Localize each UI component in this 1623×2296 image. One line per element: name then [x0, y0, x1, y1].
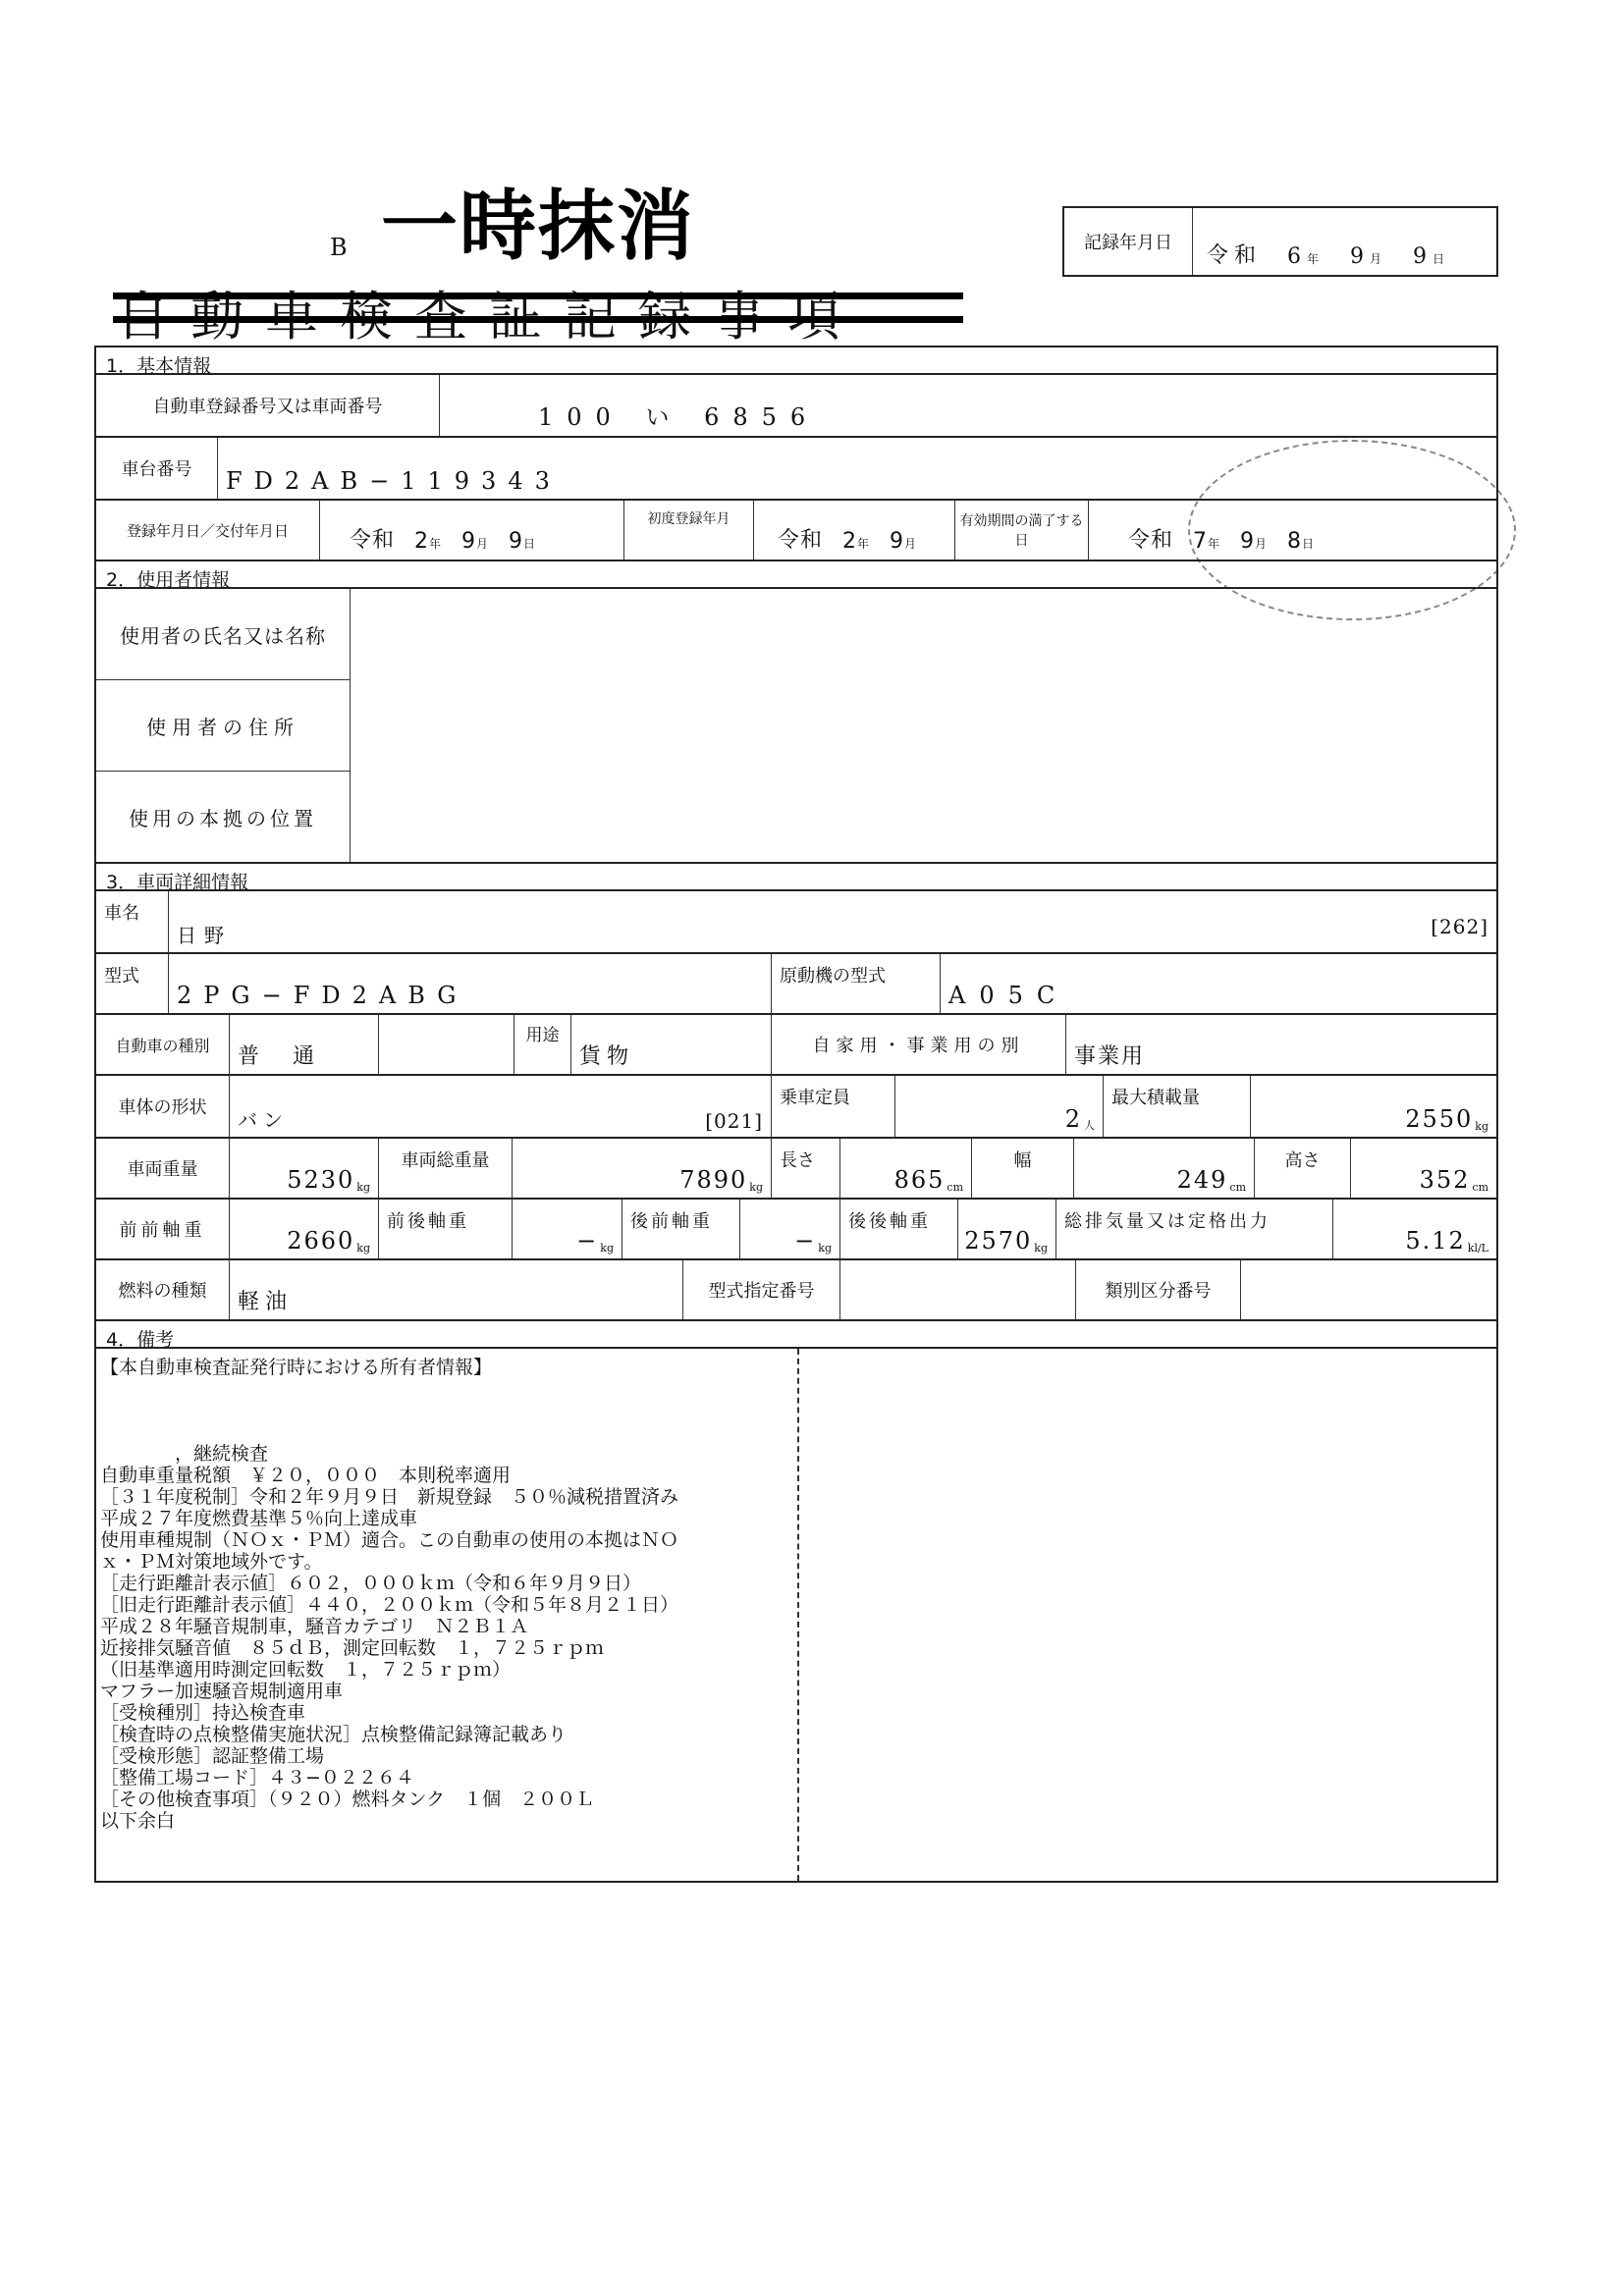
remarks-line: 以下余白 — [100, 1810, 793, 1832]
maker-code: [262] — [1431, 915, 1488, 948]
first-reg-label: 初度登録年月 — [624, 501, 754, 560]
first-reg-value: 令和 2年 9月 — [754, 501, 955, 560]
category-value — [1241, 1260, 1496, 1319]
remarks-right-empty — [799, 1349, 1496, 1881]
mark-b: B — [330, 234, 348, 261]
section2-header: 2．使用者情報 — [96, 561, 1496, 589]
remarks-line — [100, 1421, 793, 1443]
section1-title: 1．基本情報 — [96, 347, 1496, 373]
record-date-label: 記録年月日 — [1064, 208, 1193, 275]
weight-label: 車両重量 — [96, 1139, 230, 1198]
category-label: 類別区分番号 — [1076, 1260, 1241, 1319]
record-date-year: 6年 — [1287, 244, 1325, 269]
kind-empty — [379, 1015, 514, 1074]
kind-label: 自動車の種別 — [96, 1015, 230, 1074]
rr-axle-label: 後後軸重 — [840, 1200, 958, 1258]
section3-header: 3．車両詳細情報 — [96, 864, 1496, 891]
user-labels: 使用者の氏名又は名称 使用者の住所 使用の本拠の位置 — [96, 589, 351, 862]
capacity-value: 2人 — [895, 1076, 1104, 1137]
record-date-value: 令和 6年 9月 9日 — [1193, 208, 1496, 275]
user-address-label: 使用者の住所 — [96, 680, 350, 772]
body-code: [021] — [705, 1109, 763, 1133]
use-value: 貨物 — [571, 1015, 772, 1074]
record-date-box: 記録年月日 令和 6年 9月 9日 — [1062, 206, 1498, 277]
remarks-line: ［受検種別］持込検査車 — [100, 1702, 793, 1724]
gross-weight-label: 車両総重量 — [379, 1139, 513, 1198]
width-label: 幅 — [972, 1139, 1074, 1198]
remarks-line: ［旧走行距離計表示値］４４０，２００ｋｍ（令和５年８月２１日） — [100, 1594, 793, 1616]
fuel-value: 軽油 — [230, 1260, 683, 1319]
remarks-line: ［走行距離計表示値］６０２，０００ｋｍ（令和６年９月９日） — [100, 1573, 793, 1594]
rf-axle-value: −kg — [740, 1200, 840, 1258]
type-designation-value — [840, 1260, 1076, 1319]
length-label: 長さ — [772, 1139, 840, 1198]
remarks-line: ［３１年度税制］令和２年９月９日 新規登録 ５０％減税措置済み — [100, 1486, 793, 1508]
kind-value: 普 通 — [230, 1015, 379, 1074]
remarks-line: ［その他検査事項］（９２０）燃料タンク １個 ２００Ｌ — [100, 1789, 793, 1810]
remarks-line — [100, 1400, 793, 1421]
type-designation-label: 型式指定番号 — [683, 1260, 840, 1319]
remarks-line: ，継続検査 — [100, 1443, 793, 1465]
capacity-label: 乗車定員 — [772, 1076, 895, 1137]
chassis-row: 車台番号 FD2AB−119343 — [96, 438, 1496, 501]
remarks-line: ［受検形態］認証整備工場 — [100, 1745, 793, 1767]
maker-row: 車名 日野 [262] — [96, 891, 1496, 954]
remarks-line: 近接排気騒音値 ８５ｄＢ，測定回転数 １，７２５ｒｐｍ — [100, 1637, 793, 1659]
inspection-record-sheet: 1．基本情報 自動車登録番号又は車両番号 100 い 6856 車台番号 FD2… — [94, 346, 1498, 1883]
remarks-block: 【本自動車検査証発行時における所有者情報】 ，継続検査自動車重量税額 ￥２０，０… — [96, 1349, 1496, 1883]
remarks-line: マフラー加速騒音規制適用車 — [100, 1681, 793, 1702]
remarks-line: （旧基準適用時測定回転数 １，７２５ｒｐｍ） — [100, 1659, 793, 1681]
remarks-line: ［検査時の点検整備実施状況］点検整備記録簿記載あり — [100, 1724, 793, 1745]
strike-line-top — [113, 293, 963, 299]
user-info-values — [351, 589, 1496, 862]
remarks-line: 平成２７年度燃費基準５％向上達成車 — [100, 1508, 793, 1529]
engine-label: 原動機の型式 — [772, 954, 941, 1013]
model-value: 2PG−FD2ABG — [169, 954, 772, 1013]
remarks-line: 【本自動車検査証発行時における所有者情報】 — [100, 1357, 793, 1378]
length-value: 865cm — [840, 1139, 972, 1198]
temporary-deregistration-stamp: 一時抹消 — [381, 165, 695, 275]
body-label: 車体の形状 — [96, 1076, 230, 1137]
engine-value: A05C — [941, 954, 1496, 1013]
base-location-label: 使用の本拠の位置 — [96, 772, 350, 862]
section2-title: 2．使用者情報 — [96, 561, 1496, 587]
fuel-row: 燃料の種類 軽油 型式指定番号 類別区分番号 — [96, 1260, 1496, 1321]
record-date-day: 9日 — [1413, 244, 1450, 269]
width-value: 249cm — [1074, 1139, 1255, 1198]
reg-date-value: 令和 2年 9月 9日 — [320, 501, 624, 560]
section4-header: 4．備考 — [96, 1321, 1496, 1349]
record-date-era: 令和 — [1207, 239, 1262, 269]
ff-axle-value: 2660kg — [230, 1200, 379, 1258]
height-label: 高さ — [1255, 1139, 1351, 1198]
max-load-value: 2550kg — [1251, 1076, 1496, 1137]
gross-weight-value: 7890kg — [513, 1139, 772, 1198]
fuel-label: 燃料の種類 — [96, 1260, 230, 1319]
private-business-label: 自家用・事業用の別 — [772, 1015, 1066, 1074]
maker-value: 日野 [262] — [169, 891, 1496, 952]
record-date-month: 9月 — [1350, 244, 1387, 269]
displacement-label: 総排気量又は定格出力 — [1056, 1200, 1333, 1258]
reg-number-label: 自動車登録番号又は車両番号 — [96, 375, 440, 436]
max-load-label: 最大積載量 — [1104, 1076, 1251, 1137]
strike-line-bottom — [113, 316, 963, 323]
weight-value: 5230kg — [230, 1139, 379, 1198]
struck-document-title: 自動車検査証記録事項 — [116, 275, 862, 350]
displacement-value: 5.12kl/L — [1333, 1200, 1496, 1258]
remarks-line: 自動車重量税額 ￥２０，０００ 本則税率適用 — [100, 1465, 793, 1486]
private-business-value: 事業用 — [1066, 1015, 1496, 1074]
chassis-label: 車台番号 — [96, 438, 218, 499]
remarks-line: ［整備工場コード］４３−０２２６４ — [100, 1767, 793, 1789]
use-label: 用途 — [514, 1015, 571, 1074]
body-row: 車体の形状 バン [021] 乗車定員 2人 最大積載量 2550kg — [96, 1076, 1496, 1139]
reg-number-value: 100 い 6856 — [440, 375, 1496, 436]
axle-row: 前前軸重 2660kg 前後軸重 −kg 後前軸重 −kg 後後軸重 2570k… — [96, 1200, 1496, 1260]
body-name: バン — [238, 1104, 289, 1133]
maker-name: 日野 — [177, 920, 232, 948]
remarks-line: 平成２８年騒音規制車，騒音カテゴリ Ｎ２Ｂ１Ａ — [100, 1616, 793, 1637]
reg-number-row: 自動車登録番号又は車両番号 100 い 6856 — [96, 375, 1496, 438]
remarks-line: ｘ・ＰＭ対策地域外です。 — [100, 1551, 793, 1573]
section1-header: 1．基本情報 — [96, 347, 1496, 375]
remarks-line: 使用車種規制（ＮＯｘ・ＰＭ）適合。この自動車の使用の本拠はＮＯ — [100, 1529, 793, 1551]
kind-row: 自動車の種別 普 通 用途 貨物 自家用・事業用の別 事業用 — [96, 1015, 1496, 1076]
expiry-label: 有効期間の満了する日 — [955, 501, 1089, 560]
section3-title: 3．車両詳細情報 — [96, 864, 1496, 889]
remarks-line — [100, 1378, 793, 1400]
fr-axle-value: −kg — [513, 1200, 622, 1258]
reg-date-label: 登録年月日／交付年月日 — [96, 501, 320, 560]
user-info-block: 使用者の氏名又は名称 使用者の住所 使用の本拠の位置 — [96, 589, 1496, 864]
fr-axle-label: 前後軸重 — [379, 1200, 513, 1258]
expiry-value: 令和 7年 9月 8日 — [1089, 501, 1496, 560]
model-label: 型式 — [96, 954, 169, 1013]
rf-axle-label: 後前軸重 — [622, 1200, 740, 1258]
maker-label: 車名 — [96, 891, 169, 952]
dimensions-row: 車両重量 5230kg 車両総重量 7890kg 長さ 865cm 幅 249c… — [96, 1139, 1496, 1200]
section4-title: 4．備考 — [96, 1321, 1496, 1347]
dates-row: 登録年月日／交付年月日 令和 2年 9月 9日 初度登録年月 令和 2年 9月 … — [96, 501, 1496, 561]
chassis-value: FD2AB−119343 — [218, 438, 1496, 499]
model-row: 型式 2PG−FD2ABG 原動機の型式 A05C — [96, 954, 1496, 1015]
height-value: 352cm — [1351, 1139, 1496, 1198]
rr-axle-value: 2570kg — [958, 1200, 1056, 1258]
remarks-text: 【本自動車検査証発行時における所有者情報】 ，継続検査自動車重量税額 ￥２０，０… — [96, 1349, 799, 1881]
ff-axle-label: 前前軸重 — [96, 1200, 230, 1258]
user-name-label: 使用者の氏名又は名称 — [96, 589, 350, 680]
body-value: バン [021] — [230, 1076, 772, 1137]
